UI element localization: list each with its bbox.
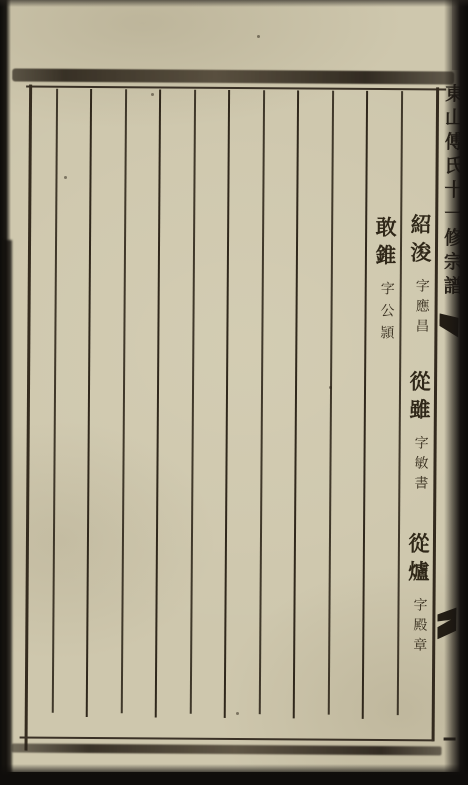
- scan-edge-bottom: [0, 764, 468, 785]
- paper-speck: [151, 93, 154, 96]
- column-line: [86, 89, 92, 717]
- frame-left-border: [24, 85, 32, 751]
- scan-edge-right: [444, 0, 468, 785]
- column-line: [190, 90, 196, 714]
- column-line: [259, 90, 265, 714]
- courtesy-name-note: 字殿章: [411, 597, 427, 657]
- courtesy-name-note: 字應昌: [413, 278, 429, 338]
- scan-edge-top: [0, 0, 468, 7]
- scan-edge-left-shadow: [4, 240, 12, 785]
- person-name: 敢錐: [373, 216, 398, 272]
- paper-speck: [64, 176, 67, 179]
- column-line: [328, 91, 334, 715]
- courtesy-name-note: 字公頴: [378, 281, 394, 347]
- paper-speck: [257, 35, 260, 38]
- genealogy-entry: 從爐字殿章: [402, 532, 433, 657]
- column-line: [155, 89, 161, 717]
- genealogy-entry: 敢錐字公頴: [369, 216, 400, 347]
- column-line: [121, 89, 127, 713]
- paper-speck: [329, 386, 332, 389]
- genealogy-entry: 紹浚字應昌: [404, 213, 435, 338]
- person-name: 從爐: [406, 532, 431, 588]
- frame-bottom-border: [11, 743, 441, 755]
- frame-top-border: [12, 68, 454, 84]
- column-line: [224, 90, 230, 718]
- frame-bottom-inner-line: [20, 737, 434, 742]
- genealogy-entry: 從雖字敏書: [403, 370, 434, 495]
- scanned-genealogy-page: 紹浚字應昌 敢錐字公頴 從雖字敏書 從爐字殿章 東山傅氏十一修宗譜: [0, 0, 468, 785]
- courtesy-name-note: 字敏書: [412, 435, 428, 495]
- person-name: 紹浚: [408, 213, 433, 269]
- column-line: [362, 91, 368, 719]
- paper-speck: [236, 712, 239, 715]
- printed-text-block: 紹浚字應昌 敢錐字公頴 從雖字敏書 從爐字殿章 東山傅氏十一修宗譜: [0, 0, 468, 785]
- person-name: 從雖: [407, 370, 432, 426]
- column-line: [52, 89, 58, 713]
- column-line: [293, 90, 299, 718]
